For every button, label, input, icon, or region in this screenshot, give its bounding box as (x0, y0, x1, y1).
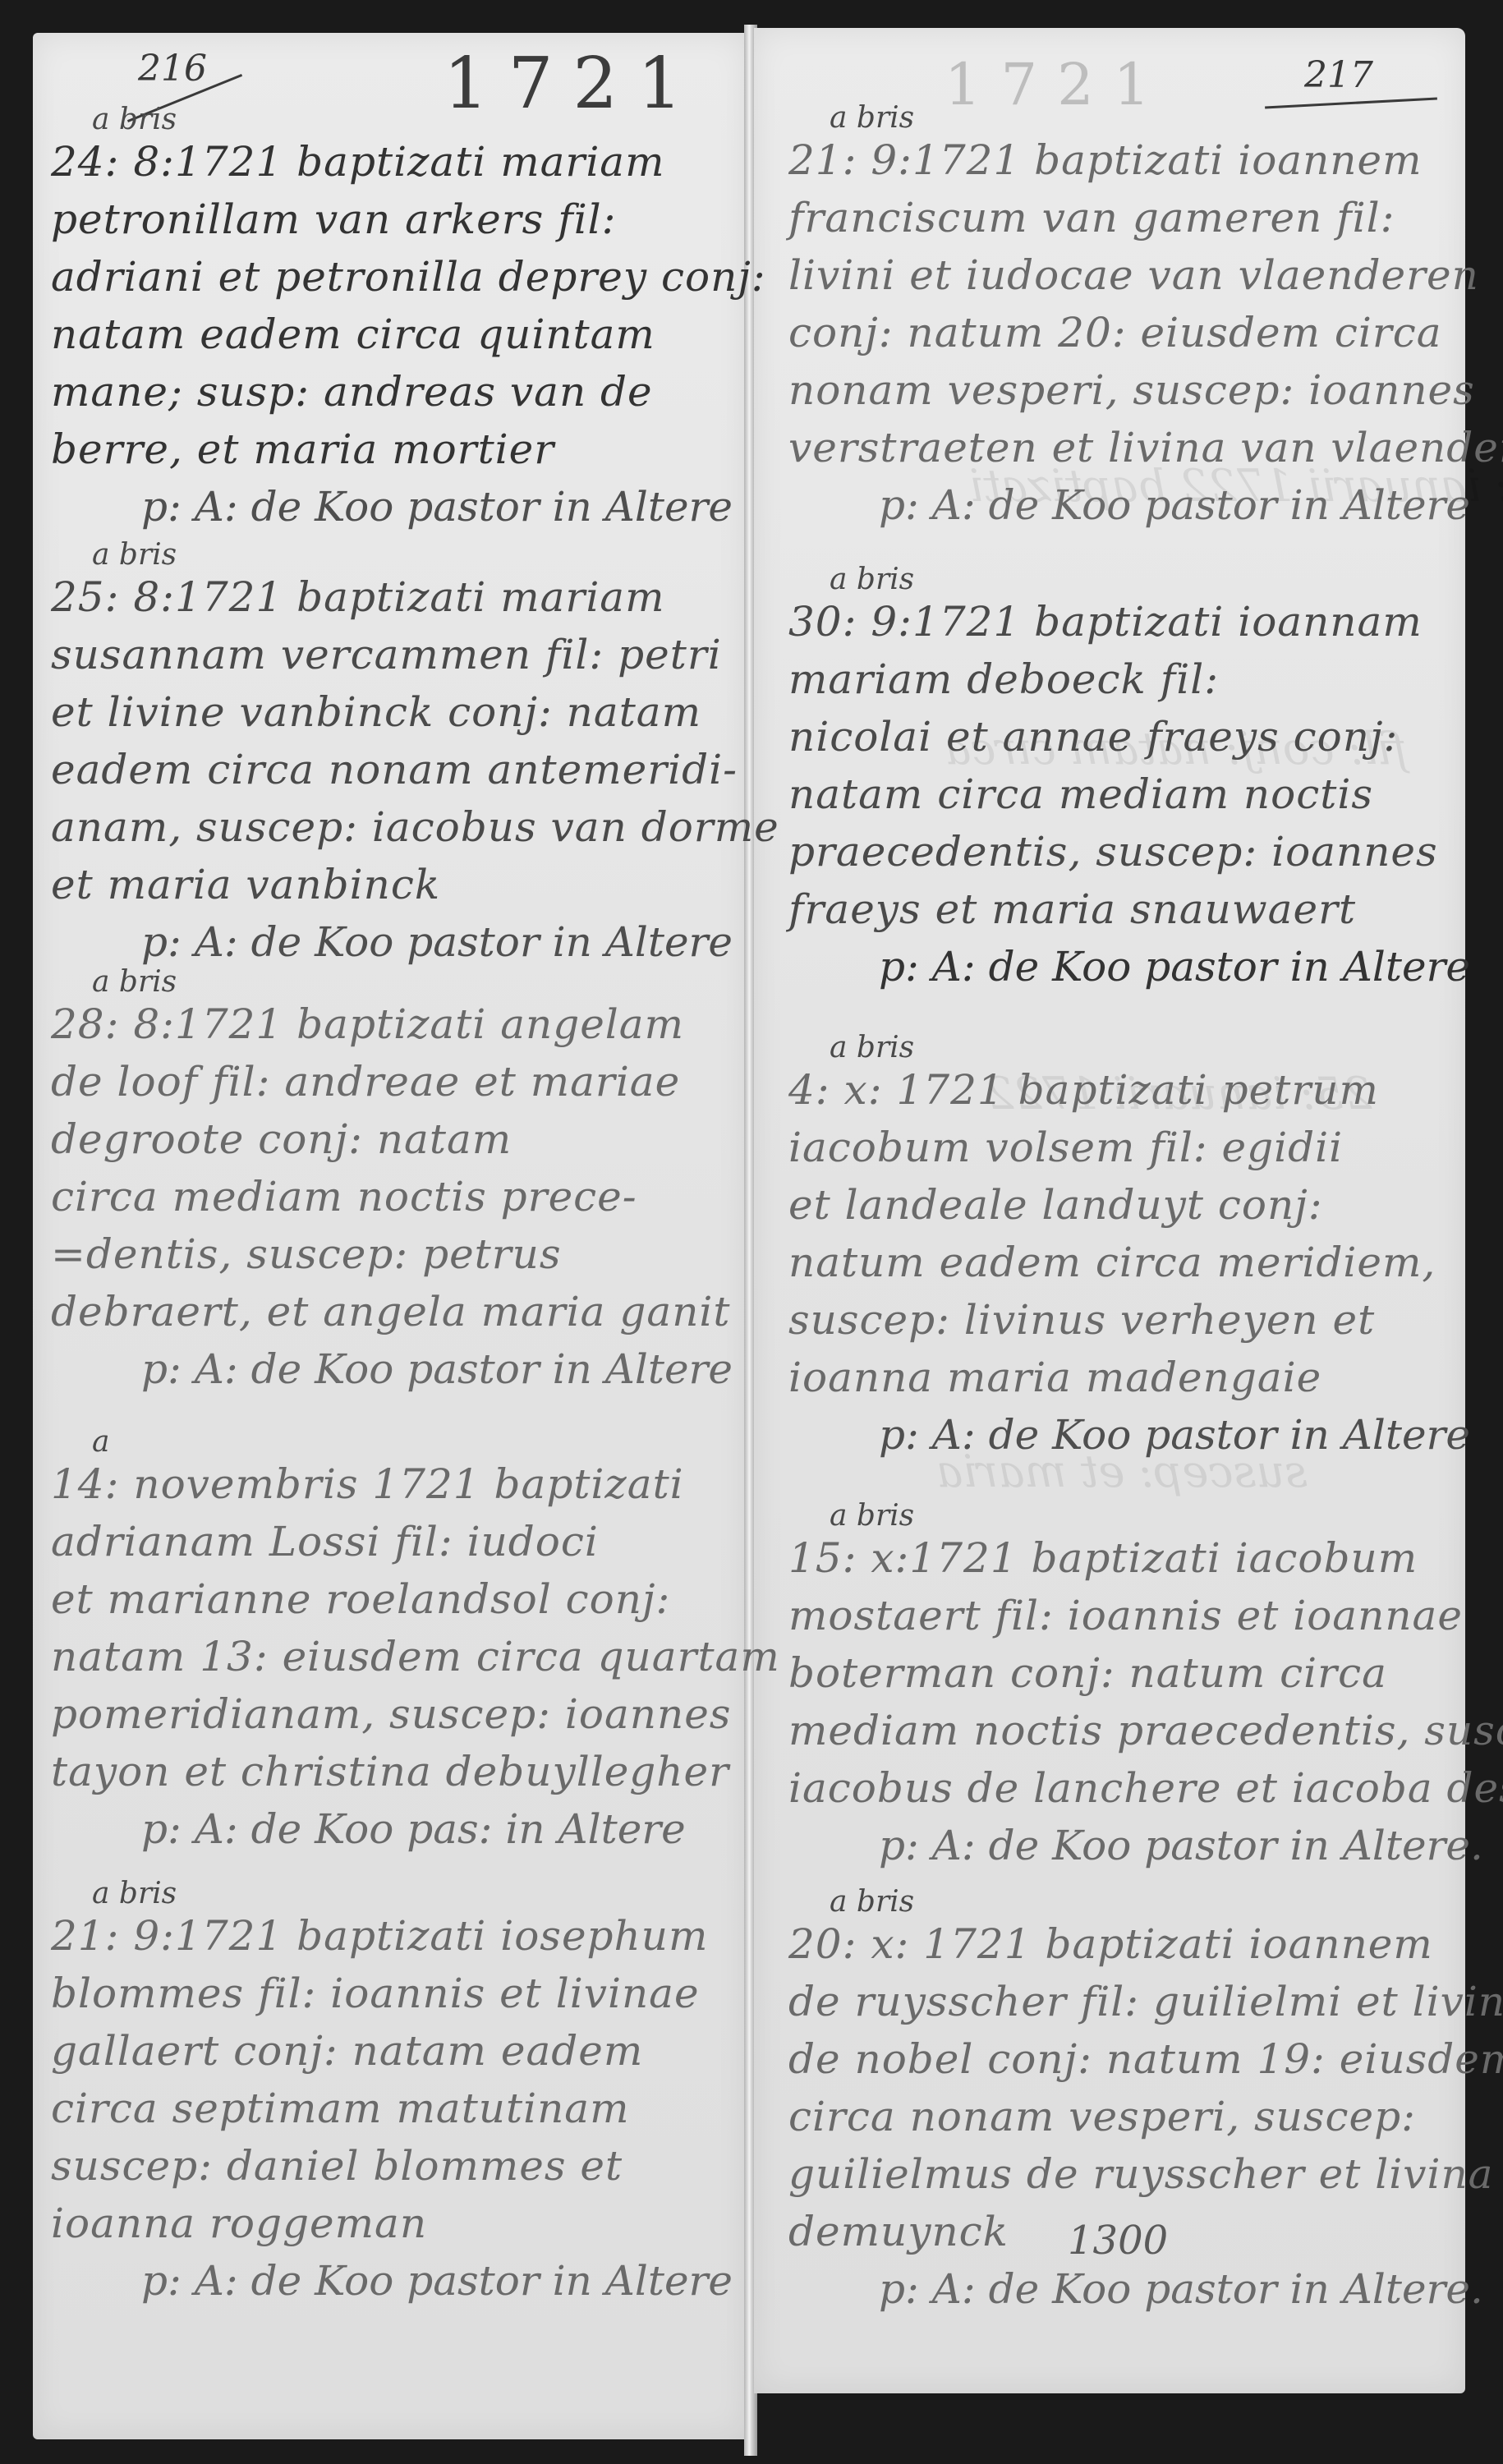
entry-line: 15: x:1721 baptizati iacobum (788, 1529, 1503, 1587)
page-number-right: 217 (1304, 54, 1373, 96)
entry-line: praecedentis, suscep: ioannes (788, 823, 1470, 880)
entry-line: conj: natum 20: eiusdem circa (788, 304, 1503, 361)
entry-line: mostaert fil: ioannis et ioannae (788, 1587, 1503, 1644)
entry-line: circa mediam noctis prece- (51, 1168, 733, 1225)
entry-line: et livine vanbinck conj: natam (51, 683, 779, 741)
entry-line: 20: x: 1721 baptizati ioannem (788, 1915, 1503, 1973)
date-superscript: a bris (788, 1889, 1503, 1915)
date-superscript: a bris (788, 567, 1470, 593)
pastor-signature: p: A: de Koo pas: in Altere (51, 1800, 780, 1858)
entry-line: iacobum volsem fil: egidii (788, 1119, 1470, 1176)
entry-line: suscep: livinus verheyen et (788, 1291, 1470, 1349)
pastor-signature: p: A: de Koo pastor in Altere (51, 2252, 733, 2310)
pastor-signature: p: A: de Koo pastor in Altere (788, 1406, 1470, 1464)
entry-line: circa septimam matutinam (51, 2080, 733, 2137)
entry-line: livini et iudocae van vlaenderen (788, 246, 1503, 304)
entry-line: 4: x: 1721 baptizati petrum (788, 1061, 1470, 1119)
entry-line: mediam noctis praecedentis, suscep: (788, 1702, 1503, 1759)
entry-line: boterman conj: natum circa (788, 1644, 1503, 1702)
entry-line: degroote conj: natam (51, 1110, 733, 1168)
entry-line: debraert, et angela maria ganit (51, 1283, 733, 1340)
entry-line: mariam deboeck fil: (788, 650, 1470, 708)
register-entry: a bris 25: 8:1721 baptizati mariam susan… (51, 542, 779, 971)
entry-line: 24: 8:1721 baptizati mariam (51, 133, 766, 191)
entry-line: de ruysscher fil: guilielmi et livinae (788, 1973, 1503, 2030)
register-entry: a bris 24: 8:1721 baptizati mariam petro… (51, 107, 766, 536)
entry-line: gallaert conj: natam eadem (51, 2022, 733, 2080)
register-entry: a 14: novembris 1721 baptizati adrianam … (51, 1429, 780, 1858)
pastor-signature: p: A: de Koo pastor in Altere. (788, 1817, 1503, 1874)
entry-line: fraeys et maria snauwaert (788, 880, 1470, 938)
entry-line: 14: novembris 1721 baptizati (51, 1455, 780, 1513)
entry-line: natum eadem circa meridiem, (788, 1234, 1470, 1291)
entry-line: susannam vercammen fil: petri (51, 626, 779, 683)
entry-line: berre, et maria mortier (51, 421, 766, 478)
date-superscript: a bris (788, 1035, 1470, 1061)
entry-line: et maria vanbinck (51, 856, 779, 913)
entry-line: et marianne roelandsol conj: (51, 1570, 780, 1628)
entry-line: adriani et petronilla deprey conj: (51, 248, 766, 306)
entry-line: adrianam Lossi fil: iudoci (51, 1513, 780, 1570)
entry-line: 28: 8:1721 baptizati angelam (51, 995, 733, 1053)
register-entry: a bris 4: x: 1721 baptizati petrum iacob… (788, 1035, 1470, 1464)
entry-line: natam eadem circa quintam (51, 306, 766, 363)
date-superscript: a bris (51, 1881, 733, 1907)
register-entry: a bris 28: 8:1721 baptizati angelam de l… (51, 969, 733, 1398)
entry-line: guilielmus de ruysscher et livina (788, 2145, 1503, 2203)
entry-line: 21: 9:1721 baptizati iosephum (51, 1907, 733, 1965)
register-entry: a bris 21: 9:1721 baptizati iosephum blo… (51, 1881, 733, 2310)
entry-line: iacobus de lanchere et iacoba desmet (788, 1759, 1503, 1817)
entry-line: eadem circa nonam antemeridi- (51, 741, 779, 798)
register-entry: a bris 21: 9:1721 baptizati ioannem fran… (788, 105, 1503, 534)
entry-line: circa nonam vesperi, suscep: (788, 2088, 1503, 2145)
entry-line: verstraeten et livina van vlaenderen (788, 419, 1503, 476)
entry-line: anam, suscep: iacobus van dorme (51, 798, 779, 856)
entry-line: 30: 9:1721 baptizati ioannam (788, 593, 1470, 650)
pastor-signature: p: A: de Koo pastor in Altere. (788, 2260, 1503, 2318)
entry-line: natam 13: eiusdem circa quartam (51, 1628, 780, 1685)
register-entry: a bris 30: 9:1721 baptizati ioannam mari… (788, 567, 1470, 995)
pastor-signature: p: A: de Koo pastor in Altere (51, 478, 766, 536)
date-superscript: a bris (788, 105, 1503, 131)
entry-line: de nobel conj: natum 19: eiusdem (788, 2030, 1503, 2088)
entry-line: et landeale landuyt conj: (788, 1176, 1470, 1234)
entry-line: mane; susp: andreas van de (51, 363, 766, 421)
pastor-signature: p: A: de Koo pastor in Altere (788, 938, 1470, 995)
entry-line: 21: 9:1721 baptizati ioannem (788, 131, 1503, 189)
margin-number: 1300 (1068, 2218, 1168, 2264)
entry-line: blommes fil: ioannis et livinae (51, 1965, 733, 2022)
date-superscript: a bris (51, 107, 766, 133)
page-number-left: 216 (138, 48, 207, 90)
entry-line: tayon et christina debuyllegher (51, 1743, 780, 1800)
pastor-signature: p: A: de Koo pastor in Altere (51, 913, 779, 971)
date-superscript: a bris (788, 1503, 1503, 1529)
entry-line: de loof fil: andreae et mariae (51, 1053, 733, 1110)
pastor-signature: p: A: de Koo pastor in Altere (51, 1340, 733, 1398)
entry-line: pomeridianam, suscep: ioannes (51, 1685, 780, 1743)
date-superscript: a bris (51, 969, 733, 995)
date-superscript: a bris (51, 542, 779, 568)
entry-line: natam circa mediam noctis (788, 765, 1470, 823)
date-superscript: a (51, 1429, 780, 1455)
entry-line: =dentis, suscep: petrus (51, 1225, 733, 1283)
entry-line: nonam vesperi, suscep: ioannes (788, 361, 1503, 419)
pastor-signature: p: A: de Koo pastor in Altere (788, 476, 1503, 534)
entry-line: ioanna roggeman (51, 2195, 733, 2252)
register-entry: a bris 15: x:1721 baptizati iacobum most… (788, 1503, 1503, 1874)
entry-line: suscep: daniel blommes et (51, 2137, 733, 2195)
entry-line: ioanna maria madengaie (788, 1349, 1470, 1406)
entry-line: 25: 8:1721 baptizati mariam (51, 568, 779, 626)
entry-line: petronillam van arkers fil: (51, 191, 766, 248)
entry-line: franciscum van gameren fil: (788, 189, 1503, 246)
entry-line: nicolai et annae fraeys conj: (788, 708, 1470, 765)
